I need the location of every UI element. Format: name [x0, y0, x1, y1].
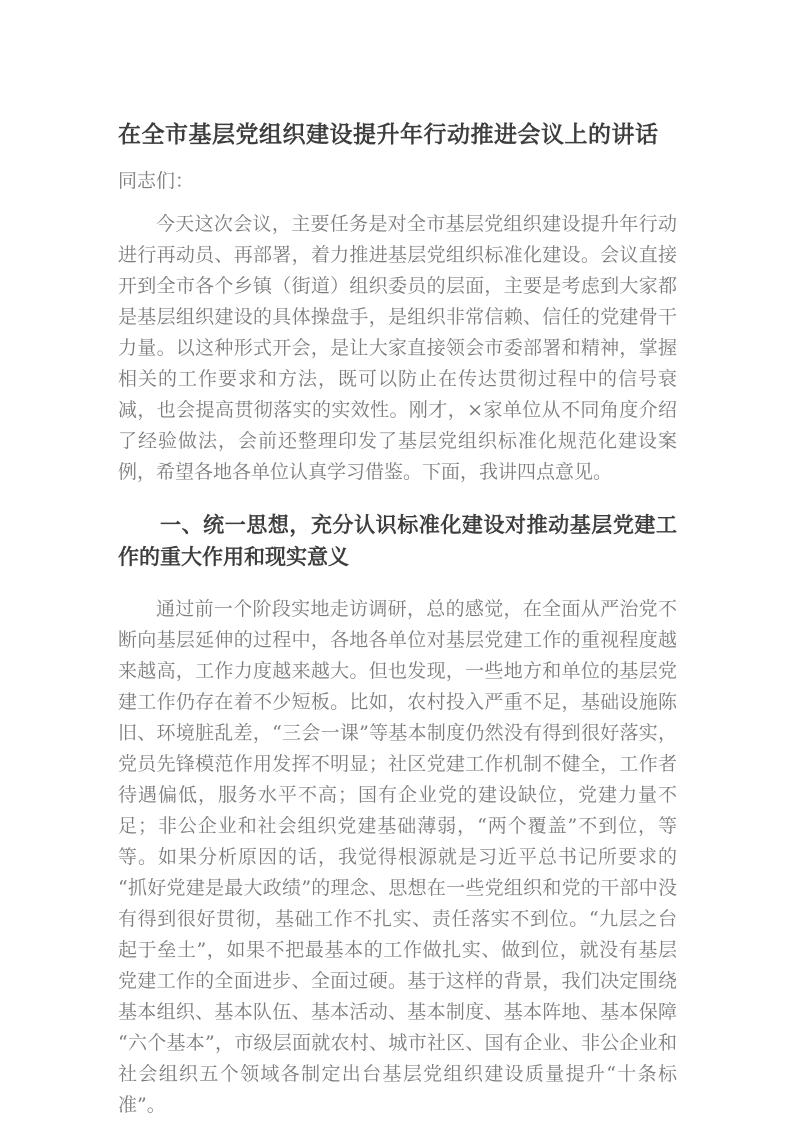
intro-paragraph: 今天这次会议，主要任务是对全市基层党组织建设提升年行动进行再动员、再部署，着力推…	[118, 209, 677, 488]
section1-heading: 一、统一思想，充分认识标准化建设对推动基层党建工作的重大作用和现实意义	[118, 510, 677, 574]
document-page: 在全市基层党组织建设提升年行动推进会议上的讲话 同志们： 今天这次会议，主要任务…	[0, 0, 793, 1122]
salutation: 同志们：	[118, 166, 677, 197]
document-title: 在全市基层党组织建设提升年行动推进会议上的讲话	[118, 118, 677, 150]
section1-paragraph: 通过前一个阶段实地走访调研，总的感觉，在全面从严治党不断向基层延伸的过程中，各地…	[118, 594, 677, 1121]
document-content: 在全市基层党组织建设提升年行动推进会议上的讲话 同志们： 今天这次会议，主要任务…	[118, 118, 677, 1121]
